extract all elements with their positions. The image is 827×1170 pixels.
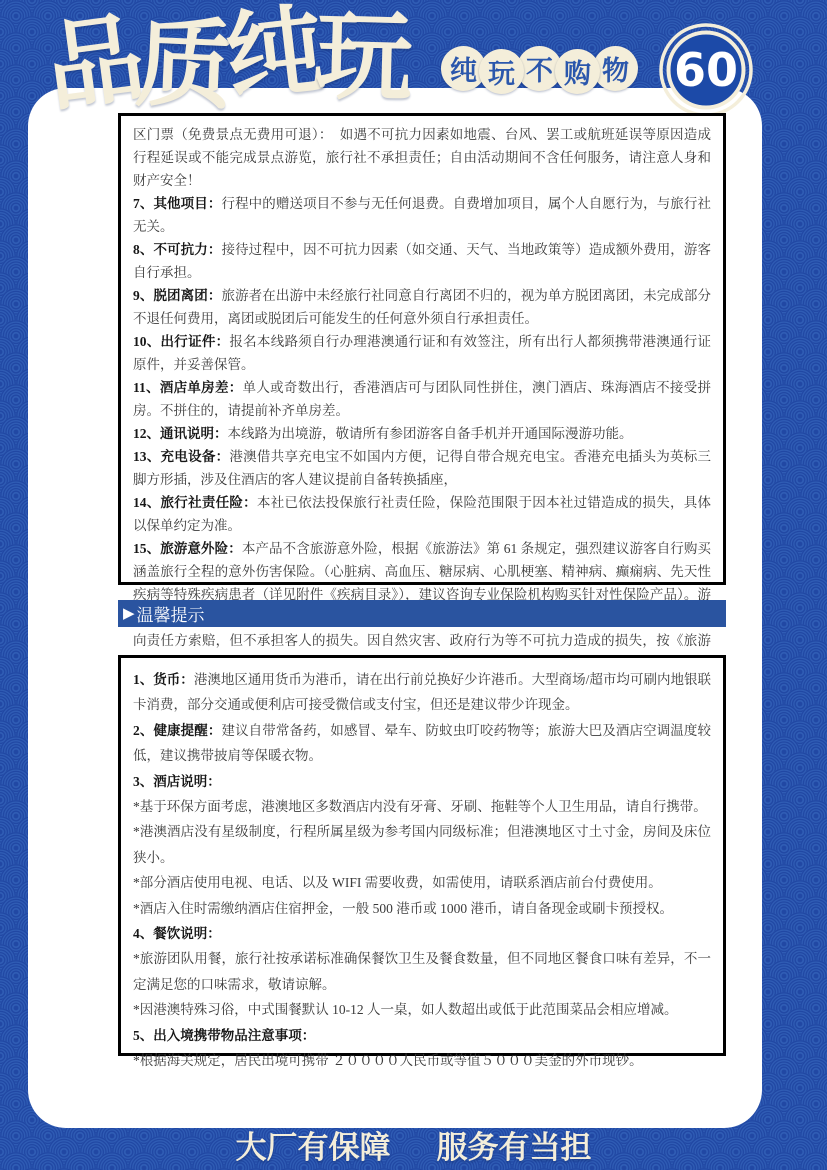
tour-notice-page: 品 质 纯 玩 纯 玩 不 购 物 60 区门票（免费景点无费用可退）： 如遇不…	[0, 0, 827, 1170]
title-char: 玩	[314, 6, 407, 110]
notice-item: 12、通讯说明：本线路为出境游，敬请所有参团游客自备手机并开通国际漫游功能。	[133, 422, 711, 445]
tips-section-header: ▶ 温馨提示	[118, 600, 726, 627]
tips-item: 3、酒店说明：	[133, 769, 711, 794]
tips-item: *因港澳特殊习俗，中式围餐默认 10-12 人一桌，如人数超出或低于此范围菜品会…	[133, 997, 711, 1022]
badge-char: 玩	[488, 52, 515, 91]
footer-slogan-right: 服务有当担	[437, 1130, 592, 1165]
tips-item: *旅游团队用餐，旅行社按承诺标准确保餐饮卫生及餐食数量，但不同地区餐食口味有差异…	[133, 946, 711, 997]
notice-item: 11、酒店单房差：单人或奇数出行，香港酒店可与团队同性拼住，澳门酒店、珠海酒店不…	[133, 376, 711, 422]
tips-item: 1、货币：港澳地区通用货币为港币，请在出行前兑换好少许港币。大型商场/超市均可刷…	[133, 667, 711, 718]
footer-slogan-left: 大厂有保障	[236, 1130, 391, 1165]
title-char: 品	[41, 8, 144, 121]
tips-item: *酒店入住时需缴纳酒店住宿押金，一般 500 港币或 1000 港币，请自备现金…	[133, 896, 711, 921]
notice-item: 区门票（免费景点无费用可退）： 如遇不可抗力因素如地震、台风、罢工或航班延误等原…	[133, 123, 711, 192]
tips-item: *根据海关规定，居民出境可携带 ２００００人民币或等值５０００美金的外币现钞。	[133, 1048, 711, 1073]
badge-circle: 购	[555, 49, 600, 94]
notice-item: 14、旅行社责任险：本社已依法投保旅行社责任险，保险范围限于因本社过错造成的损失…	[133, 491, 711, 537]
page-title: 品 质 纯 玩	[45, 0, 408, 109]
notice-item: 8、不可抗力：接待过程中，因不可抗力因素（如交通、天气、当地政策等）造成额外费用…	[133, 238, 711, 284]
triangle-bullet-icon: ▶	[123, 606, 135, 621]
title-char: 纯	[221, 0, 322, 111]
badge-char: 物	[602, 49, 629, 88]
tips-item: *港澳酒店没有星级制度，行程所属星级为参考国内同级标准；但港澳地区寸土寸金，房间…	[133, 819, 711, 870]
badge-char: 购	[564, 52, 591, 91]
tips-box: 1、货币：港澳地区通用货币为港币，请在出行前兑换好少许港币。大型商场/超市均可刷…	[118, 655, 726, 1056]
tips-item: 2、健康提醒：建议自带常备药，如感冒、晕车、防蚊虫叮咬药物等；旅游大巴及酒店空调…	[133, 718, 711, 769]
tips-item: 4、餐饮说明：	[133, 921, 711, 946]
badge-char: 不	[526, 49, 553, 88]
tips-section-title: 温馨提示	[137, 601, 205, 626]
tips-item: *部分酒店使用电视、电话、以及 WIFI 需要收费，如需使用，请联系酒店前台付费…	[133, 870, 711, 895]
tips-item: 5、出入境携带物品注意事项：	[133, 1023, 711, 1048]
days-number: 60	[674, 43, 738, 97]
notice-item: 7、其他项目：行程中的赠送项目不参与无任何退费。自费增加项目，属个人自愿行为，与…	[133, 192, 711, 238]
notice-item: 13、充电设备：港澳借共享充电宝不如国内方便，记得自带合规充电宝。香港充电插头为…	[133, 445, 711, 491]
badge-circle: 玩	[479, 49, 524, 94]
no-shopping-badge-row: 纯 玩 不 购 物	[441, 46, 631, 91]
tips-item: *基于环保方面考虑，港澳地区多数酒店内没有牙膏、牙刷、拖鞋等个人卫生用品，请自行…	[133, 794, 711, 819]
footer-slogan: 大厂有保障服务有当担	[0, 1122, 827, 1167]
notice-box: 区门票（免费景点无费用可退）： 如遇不可抗力因素如地震、台风、罢工或航班延误等原…	[118, 113, 726, 585]
badge-char: 纯	[450, 49, 477, 88]
title-char: 质	[133, 13, 227, 119]
notice-item: 9、脱团离团：旅游者在出游中未经旅行社同意自行离团不归的，视为单方脱团离团，未完…	[133, 284, 711, 330]
notice-item: 10、出行证件：报名本线路须自行办理港澳通行证和有效签注，所有出行人都须携带港澳…	[133, 330, 711, 376]
days-roundel: 60	[658, 22, 754, 123]
